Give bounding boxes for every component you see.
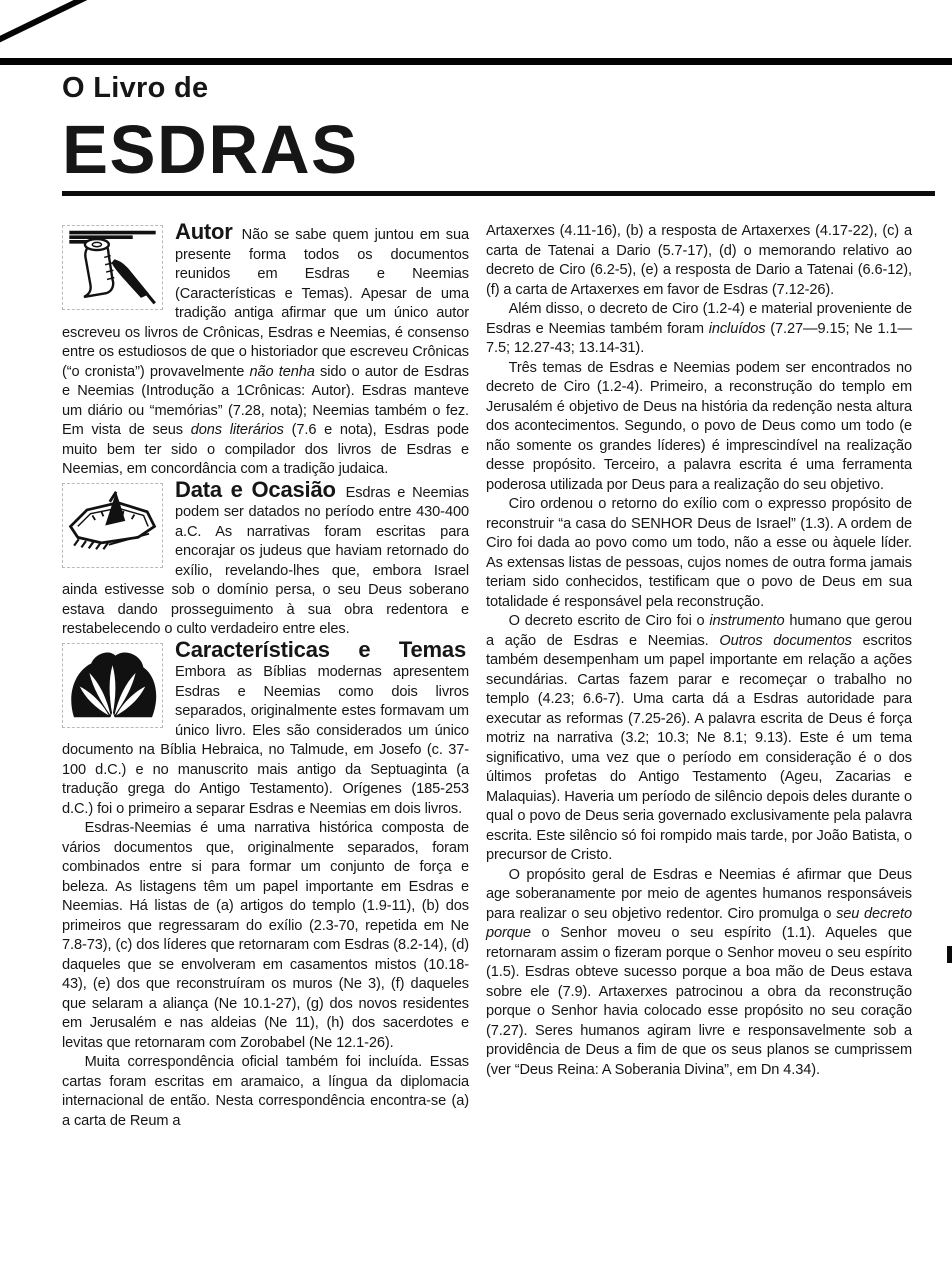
section-autor: Autor Não se sabe quem juntou em sua pre… <box>62 222 469 480</box>
section-heading-caracteristicas: Características e Temas <box>175 637 469 662</box>
right-column: Artaxerxes (4.11-16), (b) a resposta de … <box>486 222 912 1131</box>
section-caracteristicas-text-2: Esdras-Neemias é uma narrativa histórica… <box>62 819 469 1053</box>
introduction-text: Autor Não se sabe quem juntou em sua pre… <box>62 222 912 1131</box>
scan-artifact-edge-mark <box>947 946 952 963</box>
right-paragraph-4: Ciro ordenou o retorno do exílio com o e… <box>486 495 912 612</box>
section-data-ocasiao: Data e Ocasião Esdras e Neemias podem se… <box>62 480 469 640</box>
title-rule <box>62 191 935 196</box>
section-caracteristicas: Características e Temas Embora as Bíblia… <box>62 640 469 820</box>
section-caracteristicas-text-3: Muita correspondência oficial também foi… <box>62 1053 469 1131</box>
right-paragraph-6: O propósito geral de Esdras e Neemias é … <box>486 866 912 1081</box>
book-title: ESDRAS <box>62 115 935 184</box>
left-column: Autor Não se sabe quem juntou em sua pre… <box>62 222 469 1131</box>
book-header: O Livro de ESDRAS <box>62 60 935 196</box>
right-paragraph-3: Três temas de Esdras e Neemias podem ser… <box>486 359 912 496</box>
scroll-and-quill-icon <box>62 225 163 310</box>
right-paragraph-5: O decreto escrito de Ciro foi o instrume… <box>486 612 912 866</box>
scanned-book-page: O Livro de ESDRAS Autor <box>0 0 952 1280</box>
book-kicker: O Livro de <box>62 72 935 105</box>
scan-artifact-corner-line <box>0 0 120 60</box>
burning-bush-icon <box>62 643 163 728</box>
right-paragraph-2: Além disso, o decreto de Ciro (1.2-4) e … <box>486 300 912 359</box>
section-heading-data-ocasiao: Data e Ocasião <box>175 477 339 502</box>
right-paragraph-1: Artaxerxes (4.11-16), (b) a resposta de … <box>486 222 912 300</box>
sundial-icon <box>62 483 163 568</box>
section-heading-autor: Autor <box>175 219 236 244</box>
